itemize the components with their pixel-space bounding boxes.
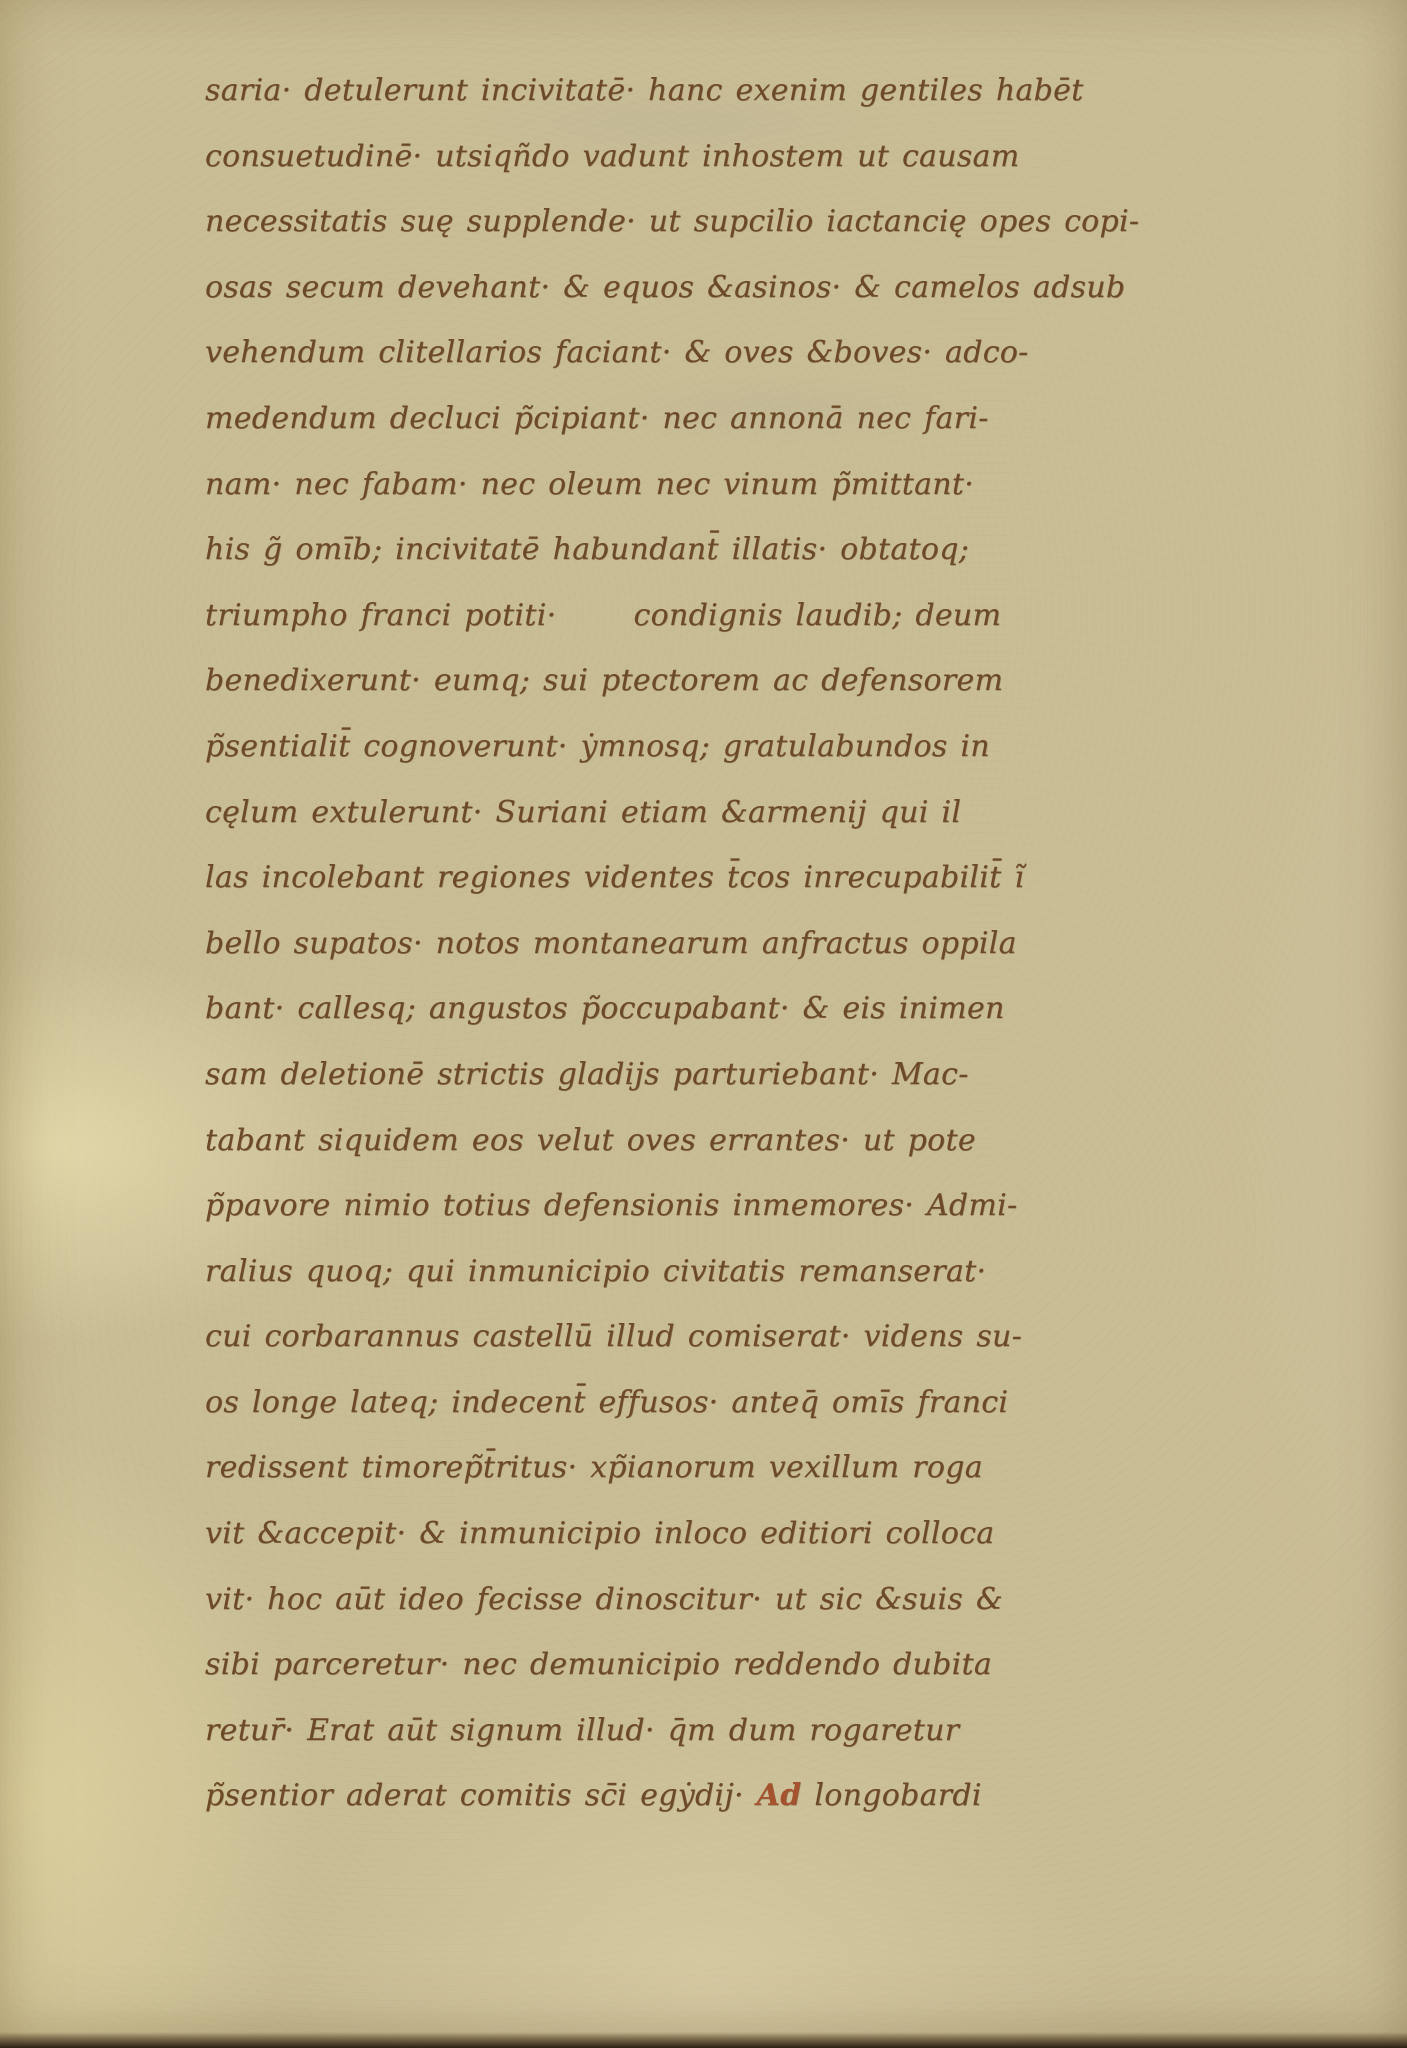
manuscript-line: sibi parceretur· nec demunicipio reddend… [205,1632,1045,1698]
last-line-text-after: longobardi [801,1778,981,1813]
manuscript-line: bant· callesq; angustos p̃occupabant· & … [205,976,1045,1042]
manuscript-line: consuetudinē· utsiqñdo vadunt inhostem u… [205,124,1045,190]
manuscript-line: tabant siquidem eos velut oves errantes·… [205,1108,1045,1174]
manuscript-line: vehendum clitellarios faciant· & oves &b… [205,320,1045,386]
manuscript-line: cęlum extulerunt· Suriani etiam &armenij… [205,780,1045,846]
manuscript-line: os longe lateq; indecent̄ effusos· anteq… [205,1370,1045,1436]
manuscript-line: vit &accepit· & inmunicipio inloco editi… [205,1501,1045,1567]
manuscript-line: necessitatis suę supplende· ut supcilio … [205,189,1045,255]
manuscript-line: osas secum devehant· & equos &asinos· & … [205,255,1045,321]
manuscript-line: redissent timorep̃t̄ritus· xp̃ianorum ve… [205,1435,1045,1501]
last-line-text-before: p̃sentior aderat comitis sc̄i egẏdij· [205,1778,757,1813]
manuscript-line: p̃sentialit̄ cognoverunt· ẏmnosq; gratul… [205,714,1045,780]
manuscript-line: vit· hoc aūt ideo fecisse dinoscitur· ut… [205,1567,1045,1633]
manuscript-line: benedixerunt· eumq; sui ptectorem ac def… [205,648,1045,714]
manuscript-line: retur̄· Erat aūt signum illud· q̄m dum r… [205,1698,1045,1764]
rubric-initial: Ad [757,1778,802,1813]
manuscript-line: sam deletionē strictis gladijs parturieb… [205,1042,1045,1108]
manuscript-line: p̃pavore nimio totius defensionis inmemo… [205,1173,1045,1239]
text-block: saria· detulerunt incivitatē· hanc exeni… [205,58,1045,1829]
manuscript-line: bello supatos· notos montanearum anfract… [205,911,1045,977]
manuscript-page: saria· detulerunt incivitatē· hanc exeni… [0,0,1407,2048]
manuscript-line: las incolebant regiones videntes t̄cos i… [205,845,1045,911]
manuscript-line-last: p̃sentior aderat comitis sc̄i egẏdij· Ad… [205,1763,1045,1829]
manuscript-line: medendum decluci p̃cipiant· nec annonā n… [205,386,1045,452]
page-bottom-edge [0,2032,1407,2048]
manuscript-line: ralius quoq; qui inmunicipio civitatis r… [205,1239,1045,1305]
manuscript-line: cui corbarannus castellū illud comiserat… [205,1304,1045,1370]
manuscript-line: nam· nec fabam· nec oleum nec vinum p̃mi… [205,452,1045,518]
manuscript-line: triumpho franci potiti· condignis laudib… [205,583,1045,649]
manuscript-line: saria· detulerunt incivitatē· hanc exeni… [205,58,1045,124]
manuscript-line: his g̃ omīb; incivitatē habundant̄ illat… [205,517,1045,583]
